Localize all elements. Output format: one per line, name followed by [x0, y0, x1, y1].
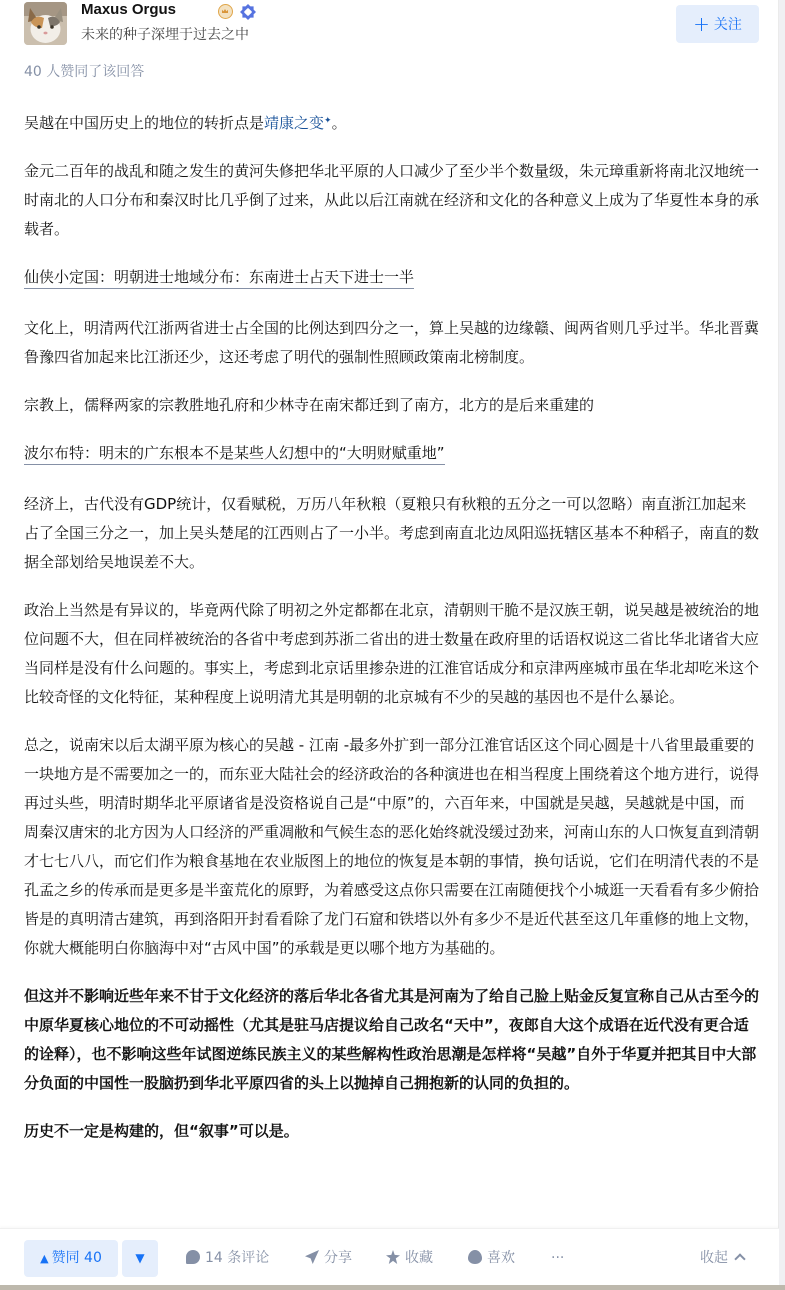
answer-card: Maxus Orgus 未来的种子深埋于过去之中 +关注 40 人赞同了该回答 … [0, 0, 779, 1285]
share-label: 分享 [324, 1250, 352, 1266]
chevron-up-icon [734, 1253, 745, 1264]
paragraph: 宗教上，儒释两家的宗教胜地孔府和少林寺在南宋都迁到了南方，北方的是后来重建的 [24, 391, 759, 420]
action-bar: ▲赞同 40 ▼ 14 条评论 分享 收藏 喜欢 ··· 收起 [0, 1228, 779, 1285]
comments-label: 14 条评论 [205, 1250, 269, 1266]
share-icon [305, 1250, 319, 1264]
star-icon [386, 1250, 400, 1264]
link-card-paragraph: 仙侠小定国：明朝进士地域分布：东南进士占天下进士一半 [24, 263, 759, 292]
paragraph: 吴越在中国历史上的地位的转折点是靖康之变✦。 [24, 107, 759, 138]
answer-content: 吴越在中国历史上的地位的转折点是靖康之变✦。 金元二百年的战乱和随之发生的黄河失… [24, 107, 759, 1165]
collapse-label: 收起 [700, 1250, 728, 1266]
plus-icon: + [693, 12, 710, 36]
paragraph: 金元二百年的战乱和随之发生的黄河失修把华北平原的人口减少了至少半个数量级，朱元璋… [24, 157, 759, 244]
share-button[interactable]: 分享 [305, 1240, 352, 1277]
bold-paragraph: 历史不一定是构建的，但“叙事”可以是。 [24, 1117, 759, 1146]
like-button[interactable]: 喜欢 [468, 1240, 515, 1277]
upvote-button[interactable]: ▲赞同 40 [24, 1240, 118, 1277]
follow-button[interactable]: +关注 [676, 5, 759, 43]
heart-icon [468, 1250, 482, 1264]
collapse-button[interactable]: 收起 [700, 1240, 744, 1277]
author-name[interactable]: Maxus Orgus [81, 0, 176, 20]
related-link-1[interactable]: 仙侠小定国：明朝进士地域分布：东南进士占天下进士一半 [24, 266, 414, 289]
comment-icon [186, 1250, 200, 1264]
keyword-link[interactable]: 靖康之变✦ [264, 114, 332, 132]
votes-summary: 40 人赞同了该回答 [24, 62, 144, 82]
follow-label: 关注 [714, 17, 742, 33]
avatar[interactable] [24, 2, 67, 45]
sparkle-icon: ✦ [324, 116, 332, 126]
keyword-link-text: 靖康之变 [264, 114, 324, 132]
scrollbar-track[interactable] [779, 0, 785, 1290]
related-link-2[interactable]: 波尔布特：明末的广东根本不是某些人幻想中的“大明财赋重地” [24, 442, 445, 465]
paragraph: 总之，说南宋以后太湖平原为核心的吴越 - 江南 -最多外扩到一部分江淮官话区这个… [24, 731, 759, 963]
like-label: 喜欢 [487, 1250, 515, 1266]
crown-badge-icon[interactable] [218, 4, 233, 19]
more-button[interactable]: ··· [551, 1240, 564, 1277]
collect-button[interactable]: 收藏 [386, 1240, 433, 1277]
cat-avatar-icon [24, 2, 67, 45]
more-icon: ··· [551, 1250, 564, 1266]
bold-paragraph: 但这并不影响近些年来不甘于文化经济的落后华北各省尤其是河南为了给自己脸上贴金反复… [24, 982, 759, 1098]
verified-badge-icon[interactable] [240, 4, 256, 20]
triangle-down-icon: ▼ [135, 1251, 144, 1265]
comments-button[interactable]: 14 条评论 [186, 1240, 269, 1277]
paragraph-text: 吴越在中国历史上的地位的转折点是 [24, 114, 264, 132]
link-card-paragraph: 波尔布特：明末的广东根本不是某些人幻想中的“大明财赋重地” [24, 439, 759, 468]
upvote-label: 赞同 40 [52, 1250, 102, 1266]
paragraph: 文化上，明清两代江浙两省进士占全国的比例达到四分之一，算上吴越的边缘赣、闽两省则… [24, 314, 759, 372]
collect-label: 收藏 [405, 1250, 433, 1266]
paragraph-text: 。 [332, 114, 347, 132]
triangle-up-icon: ▲ [40, 1252, 48, 1265]
author-headline: 未来的种子深埋于过去之中 [81, 25, 249, 45]
author-info: Maxus Orgus 未来的种子深埋于过去之中 [24, 2, 764, 48]
paragraph: 政治上当然是有异议的，毕竟两代除了明初之外定都都在北京，清朝则干脆不是汉族王朝，… [24, 596, 759, 712]
paragraph: 经济上，古代没有GDP统计，仅看赋税，万历八年秋粮（夏粮只有秋粮的五分之一可以忽… [24, 490, 759, 577]
downvote-button[interactable]: ▼ [122, 1240, 158, 1277]
page-edge [0, 1285, 785, 1290]
